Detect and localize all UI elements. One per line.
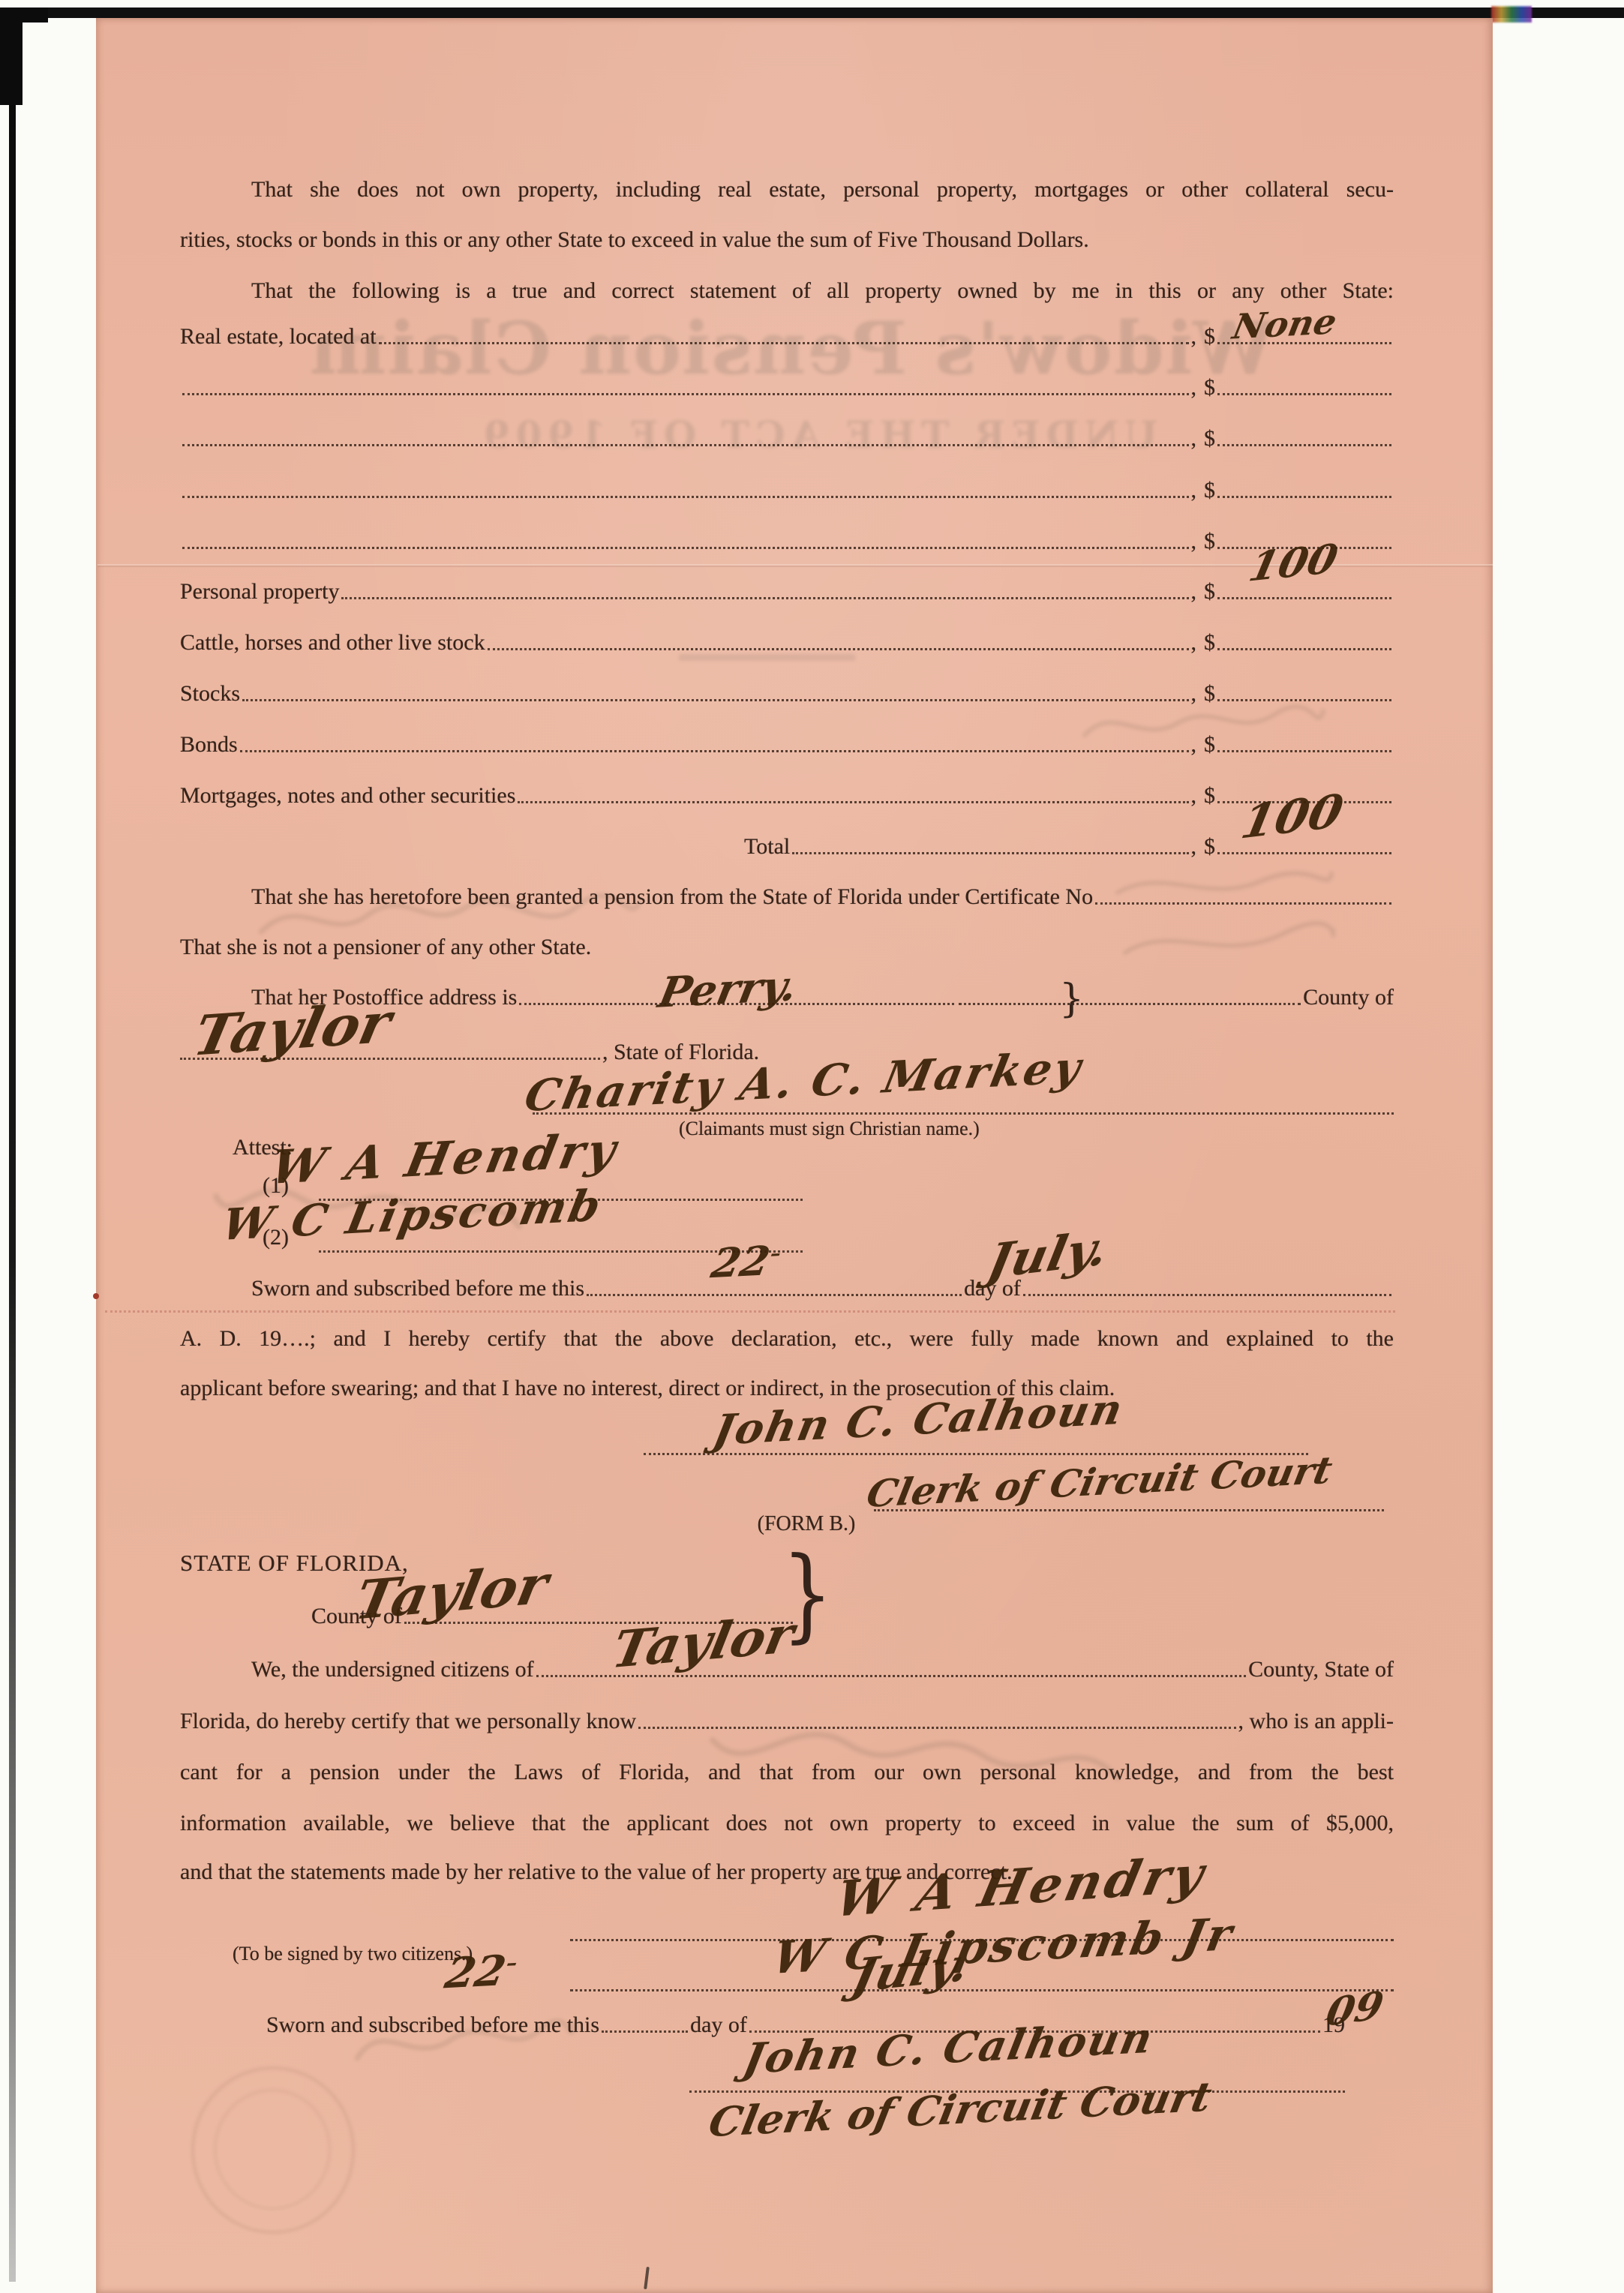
day-number: 22	[441, 1946, 510, 1998]
dotted-leader	[1217, 393, 1391, 395]
dollar-sign: $	[1204, 681, 1215, 707]
comma: ,	[1191, 324, 1197, 350]
dotted-leader	[1217, 648, 1391, 650]
dotted-leader	[182, 547, 1189, 549]
property-row-blank: , $	[180, 529, 1394, 554]
dotted-leader	[1217, 496, 1391, 498]
handwritten-day-b: 22–	[441, 1946, 521, 1999]
dollar-sign: $	[1204, 834, 1215, 860]
day-number: 22	[707, 1236, 774, 1287]
certify-paragraph-line: information available, we believe that t…	[180, 1811, 1394, 1836]
dotted-leader	[1217, 444, 1391, 446]
dotted-leader	[959, 1003, 1301, 1005]
certify-know-suffix: , who is an appli-	[1238, 1709, 1394, 1734]
dollar-sign: $	[1204, 426, 1215, 452]
property-row-label: Bonds	[180, 732, 238, 758]
dotted-leader	[602, 2030, 688, 2033]
comma: ,	[1191, 732, 1197, 758]
dollar-sign: $	[1204, 478, 1215, 503]
dotted-leader	[638, 1727, 1235, 1729]
embossed-seal-mark	[214, 2089, 331, 2210]
postoffice-line: That her Postoffice address is County of	[251, 985, 1394, 1010]
property-row-personal-property: Personal property , $	[180, 579, 1394, 605]
certify-paragraph-line: A. D. 19….; and I hereby certify that th…	[180, 1326, 1394, 1352]
granted-pension-text: That she has heretofore been granted a p…	[251, 884, 1093, 910]
granted-pension-line: That she has heretofore been granted a p…	[251, 884, 1394, 910]
dollar-sign: $	[1204, 529, 1215, 554]
handwritten-year-digits: 09	[1322, 1982, 1387, 2035]
dotted-leader	[1217, 597, 1391, 599]
handwritten-day: 22–	[707, 1236, 784, 1288]
dotted-leader	[341, 597, 1188, 599]
two-citizens-note: (To be signed by two citizens.)	[233, 1943, 473, 1965]
signature-note: (Claimants must sign Christian name.)	[679, 1118, 980, 1140]
comma: ,	[1191, 681, 1197, 707]
handwritten-postoffice: Perry.	[654, 961, 801, 1017]
declaration-paragraph-line: That she does not own property, includin…	[251, 177, 1394, 203]
property-row-label: Real estate, located at	[180, 324, 377, 350]
declaration-paragraph-line: rities, stocks or bonds in this or any o…	[180, 227, 1089, 253]
county-of-text: County of	[1303, 985, 1394, 1010]
dollar-sign: $	[1204, 783, 1215, 809]
form-b-heading: (FORM B.)	[713, 1512, 900, 1536]
comma: ,	[1191, 834, 1197, 860]
dotted-leader	[242, 699, 1188, 701]
property-row-label: Stocks	[180, 681, 240, 707]
red-ink-dot	[93, 1293, 99, 1299]
ghost-writing-smudge	[1110, 863, 1335, 983]
citizens-prefix-text: We, the undersigned citizens of	[251, 1657, 534, 1682]
brace-glyph: }	[1059, 977, 1084, 1022]
comma: ,	[1191, 783, 1197, 809]
dollar-sign: $	[1204, 732, 1215, 758]
certify-paragraph-line: cant for a pension under the Laws of Flo…	[180, 1760, 1394, 1785]
property-row-label: Cattle, horses and other live stock	[180, 630, 485, 656]
comma: ,	[1191, 426, 1197, 452]
dollar-sign: $	[1204, 579, 1215, 605]
scan-corner-artifact	[0, 8, 48, 23]
dollar-sign: $	[1204, 324, 1215, 350]
comma: ,	[1191, 579, 1197, 605]
comma: ,	[1191, 529, 1197, 554]
sworn-prefix-text: Sworn and subscribed before me this	[266, 2012, 599, 2038]
dotted-leader	[1217, 750, 1391, 752]
certify-know-prefix: Florida, do hereby certify that we perso…	[180, 1709, 636, 1734]
dollar-sign: $	[1204, 375, 1215, 401]
undersigned-citizens-line: We, the undersigned citizens of County, …	[251, 1657, 1394, 1682]
property-row-stocks: Stocks , $	[180, 681, 1394, 707]
property-row-label: Mortgages, notes and other securities	[180, 783, 515, 809]
declaration-paragraph-line: That the following is a true and correct…	[251, 278, 1394, 304]
comma: ,	[1191, 478, 1197, 503]
dotted-leader	[182, 496, 1189, 498]
scan-edge-left	[9, 9, 16, 2282]
dollar-sign: $	[1204, 630, 1215, 656]
property-row-livestock: Cattle, horses and other live stock , $	[180, 630, 1394, 656]
property-row-label: Personal property	[180, 579, 339, 605]
not-pensioner-line: That she is not a pensioner of any other…	[180, 935, 591, 960]
handwritten-real-estate-value: None	[1229, 301, 1340, 347]
dotted-leader	[518, 801, 1188, 803]
dotted-leader	[1023, 1294, 1391, 1296]
property-row-bonds: Bonds , $	[180, 732, 1394, 758]
comma: ,	[1191, 630, 1197, 656]
citizens-suffix-text: County, State of	[1248, 1657, 1394, 1682]
dotted-leader	[1095, 902, 1391, 905]
dotted-leader	[1217, 852, 1391, 854]
dotted-leader	[182, 393, 1189, 395]
property-row-label: Total	[744, 834, 790, 860]
scan-color-artifact	[1491, 6, 1532, 23]
certify-know-line: Florida, do hereby certify that we perso…	[180, 1709, 1394, 1734]
property-row-mortgages: Mortgages, notes and other securities , …	[180, 783, 1394, 809]
dotted-leader	[182, 444, 1189, 446]
sworn-prefix-text: Sworn and subscribed before me this	[251, 1276, 584, 1301]
property-row-real-estate: Real estate, located at , $	[180, 324, 1394, 350]
property-row-blank: , $	[180, 426, 1394, 452]
witness2-signature-line	[570, 1989, 1394, 1991]
comma: ,	[1191, 375, 1197, 401]
dotted-leader	[488, 648, 1189, 650]
day-of-text: day of	[690, 2012, 747, 2038]
red-dotted-rule	[105, 1310, 1395, 1313]
scanned-document-page: { "colors":{ "paper":"#e9b49d","ink":"#3…	[0, 0, 1624, 2293]
jurat-sworn-line: Sworn and subscribed before me this day …	[251, 1276, 1394, 1301]
dotted-leader	[1217, 699, 1391, 701]
property-row-blank: , $	[180, 375, 1394, 401]
scan-edge-top	[0, 8, 1624, 18]
property-row-blank: , $	[180, 478, 1394, 503]
handwritten-personal-property-value: 100	[1244, 534, 1342, 590]
property-row-total: Total , $	[180, 834, 1394, 860]
dotted-leader	[587, 1294, 962, 1296]
dotted-leader	[792, 852, 1188, 854]
dotted-leader	[240, 750, 1189, 752]
dotted-leader	[379, 342, 1189, 344]
